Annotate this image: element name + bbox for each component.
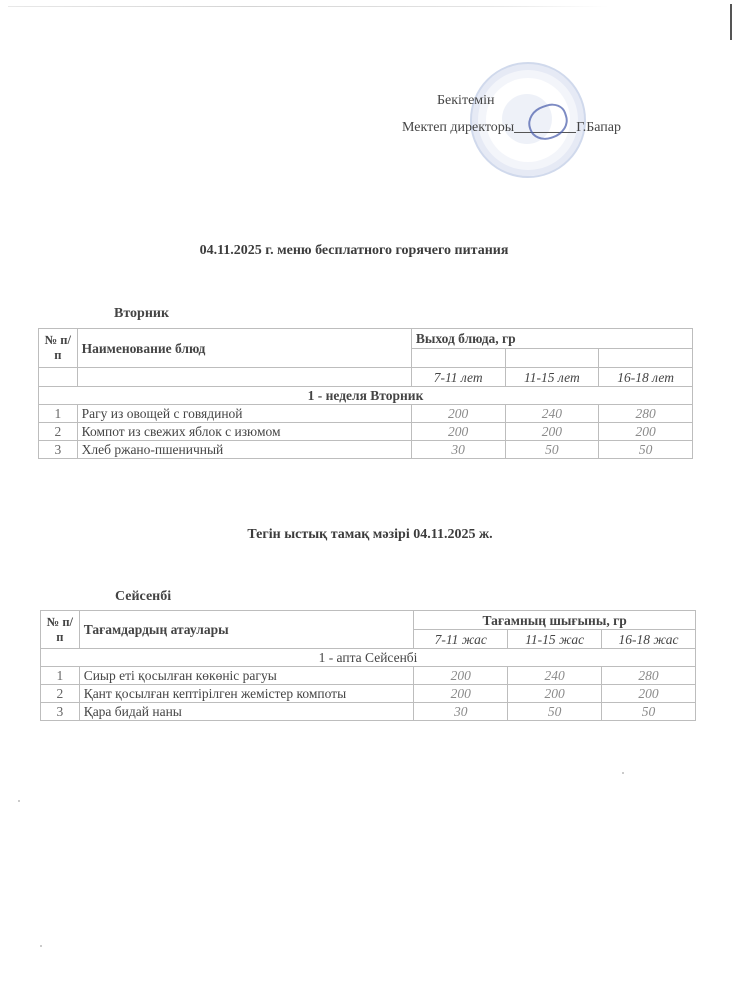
table-row: 2 Компот из свежих яблок с изюмом 200 20… (39, 423, 693, 441)
table-age-row: 7-11 лет 11-15 лет 16-18 лет (39, 368, 693, 387)
section-row: 1 - апта Сейсенбі (41, 649, 696, 667)
portion-value: 30 (414, 703, 508, 721)
dish-name: Қара бидай наны (79, 703, 414, 721)
table-row: 2 Қант қосылған кептірілген жемістер ком… (41, 685, 696, 703)
portion-value: 200 (602, 685, 696, 703)
row-number: 3 (39, 441, 78, 459)
portion-value: 280 (602, 667, 696, 685)
portion-value: 280 (599, 405, 693, 423)
menu-title-kazakh: Тегін ыстық тамақ мәзірі 04.11.2025 ж. (4, 527, 732, 543)
scan-speck (622, 772, 624, 774)
row-number: 1 (39, 405, 78, 423)
header-dish-name: Тағамдардың атаулары (79, 611, 414, 649)
signature-blank (514, 131, 576, 133)
table-row: 3 Хлеб ржано-пшеничный 30 50 50 (39, 441, 693, 459)
table-row: 3 Қара бидай наны 30 50 50 (41, 703, 696, 721)
row-number: 2 (39, 423, 78, 441)
menu-table-kazakh: № п/п Тағамдардың атаулары Тағамның шығы… (40, 610, 696, 721)
portion-value: 50 (599, 441, 693, 459)
header-number: № п/п (41, 611, 80, 649)
portion-value: 200 (411, 405, 505, 423)
director-signature-line: Мектеп директоры Г.Бапар (402, 120, 621, 136)
row-number: 1 (41, 667, 80, 685)
table-header-row: № п/п Тағамдардың атаулары Тағамның шығы… (41, 611, 696, 630)
section-title: 1 - неделя Вторник (39, 387, 693, 405)
header-yield: Выход блюда, гр (411, 329, 692, 349)
dish-name: Хлеб ржано-пшеничный (77, 441, 411, 459)
age-group: 7-11 жас (414, 630, 508, 649)
portion-value: 50 (602, 703, 696, 721)
dish-name: Рагу из овощей с говядиной (77, 405, 411, 423)
table-header-row: № п/п Наименование блюд Выход блюда, гр (39, 329, 693, 349)
portion-value: 200 (599, 423, 693, 441)
portion-value: 200 (411, 423, 505, 441)
portion-value: 30 (411, 441, 505, 459)
portion-value: 240 (505, 405, 599, 423)
section-title: 1 - апта Сейсенбі (41, 649, 696, 667)
menu-title-russian: 04.11.2025 г. меню бесплатного горячего … (0, 243, 720, 259)
row-number: 2 (41, 685, 80, 703)
age-group: 16-18 жас (602, 630, 696, 649)
menu-table-russian: № п/п Наименование блюд Выход блюда, гр … (38, 328, 693, 459)
dish-name: Компот из свежих яблок с изюмом (77, 423, 411, 441)
portion-value: 50 (505, 441, 599, 459)
day-label-kazakh: Сейсенбі (115, 589, 171, 605)
header-number: № п/п (39, 329, 78, 368)
section-row: 1 - неделя Вторник (39, 387, 693, 405)
age-group: 7-11 лет (411, 368, 505, 387)
portion-value: 200 (508, 685, 602, 703)
header-dish-name: Наименование блюд (77, 329, 411, 368)
row-number: 3 (41, 703, 80, 721)
portion-value: 50 (508, 703, 602, 721)
age-group: 11-15 лет (505, 368, 599, 387)
age-group: 11-15 жас (508, 630, 602, 649)
portion-value: 200 (414, 667, 508, 685)
approval-label: Бекітемін (437, 93, 495, 109)
header-yield: Тағамның шығыны, гр (414, 611, 696, 630)
portion-value: 200 (505, 423, 599, 441)
scan-speck (40, 945, 42, 947)
age-group: 16-18 лет (599, 368, 693, 387)
dish-name: Қант қосылған кептірілген жемістер компо… (79, 685, 414, 703)
portion-value: 200 (414, 685, 508, 703)
dish-name: Сиыр еті қосылған көкөніс рагуы (79, 667, 414, 685)
scan-speck (18, 800, 20, 802)
scan-artifact-line (8, 6, 608, 7)
day-label-russian: Вторник (114, 306, 169, 322)
table-row: 1 Рагу из овощей с говядиной 200 240 280 (39, 405, 693, 423)
portion-value: 240 (508, 667, 602, 685)
director-name: Г.Бапар (576, 120, 621, 136)
director-position: Мектеп директоры (402, 120, 514, 136)
table-row: 1 Сиыр еті қосылған көкөніс рагуы 200 24… (41, 667, 696, 685)
